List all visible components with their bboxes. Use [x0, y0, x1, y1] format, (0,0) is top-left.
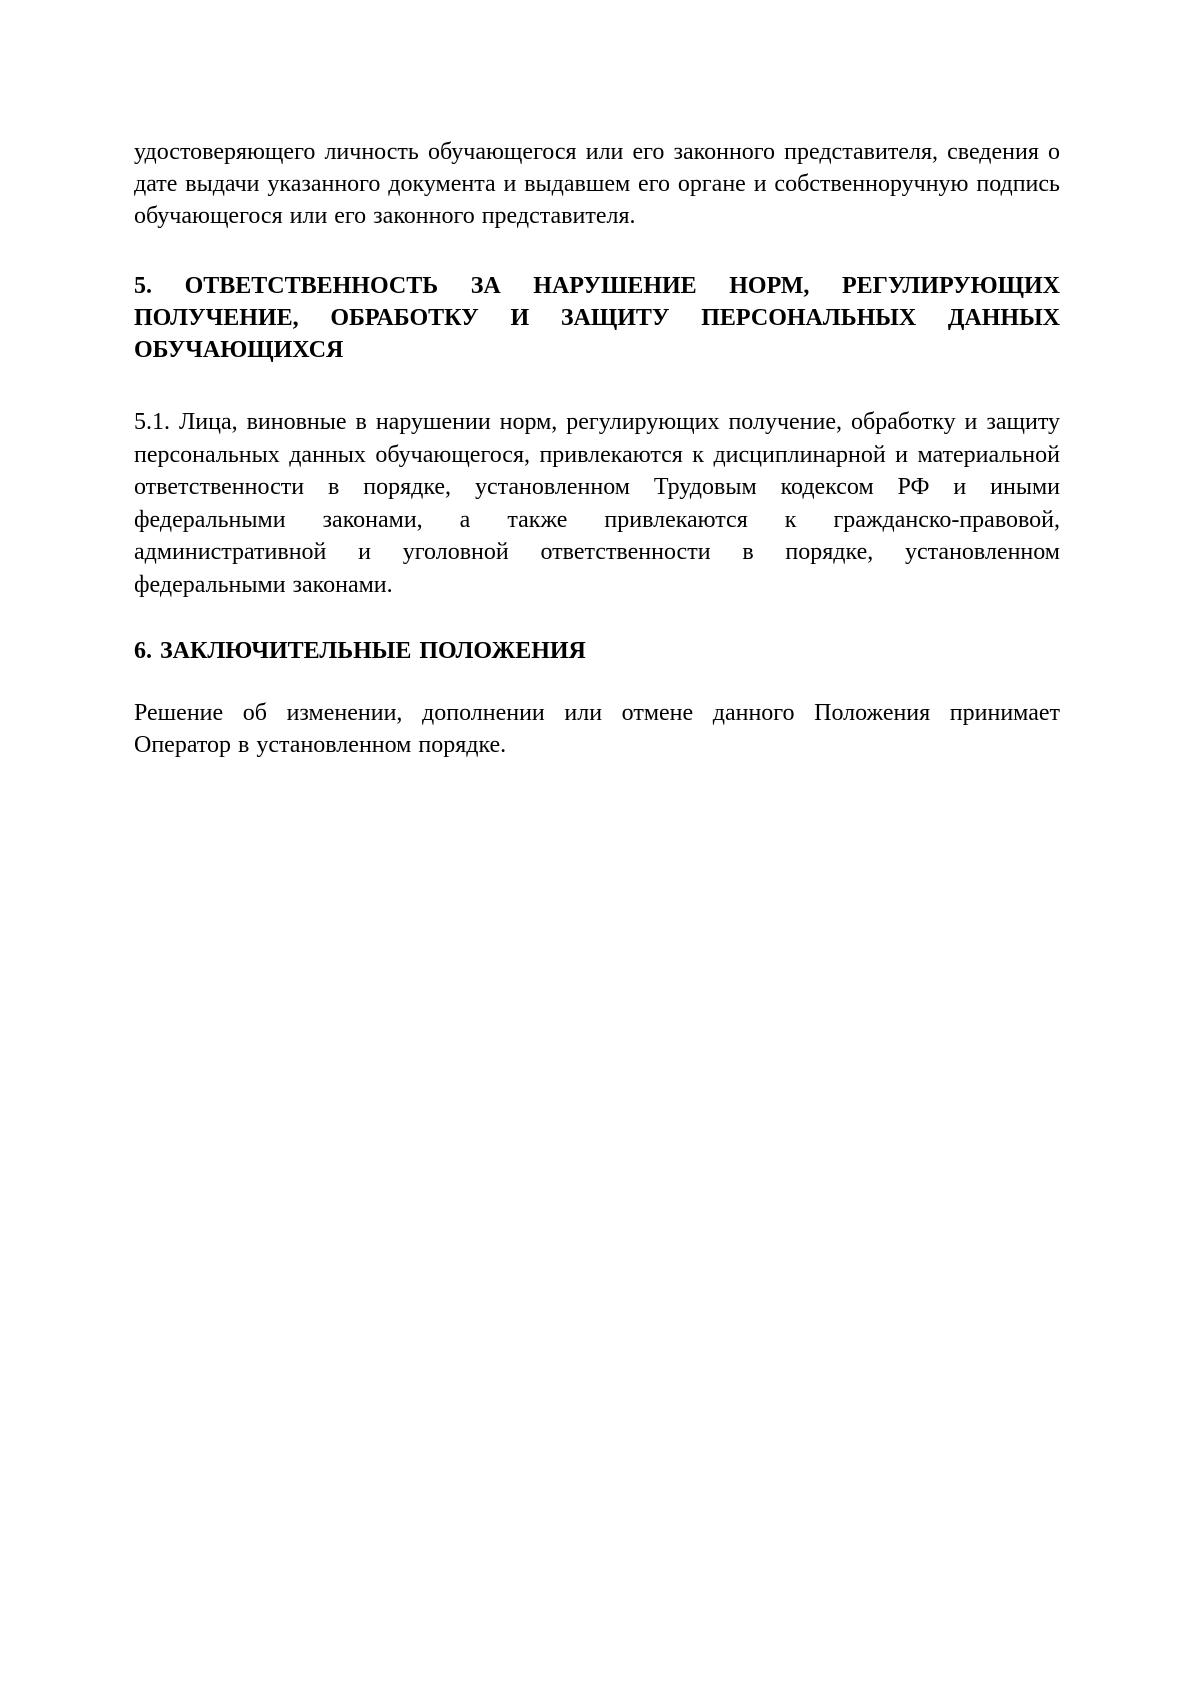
- paragraph-continuation: удостоверяющего личность обучающегося ил…: [134, 136, 1060, 232]
- document-page: удостоверяющего личность обучающегося ил…: [0, 0, 1200, 1696]
- section-5-heading: 5. ОТВЕТСТВЕННОСТЬ ЗА НАРУШЕНИЕ НОРМ, РЕ…: [134, 270, 1060, 366]
- paragraph-final: Решение об изменении, дополнении или отм…: [134, 697, 1060, 761]
- section-6-heading: 6. ЗАКЛЮЧИТЕЛЬНЫЕ ПОЛОЖЕНИЯ: [134, 635, 1060, 667]
- paragraph-5-1: 5.1. Лица, виновные в нарушении норм, ре…: [134, 406, 1060, 601]
